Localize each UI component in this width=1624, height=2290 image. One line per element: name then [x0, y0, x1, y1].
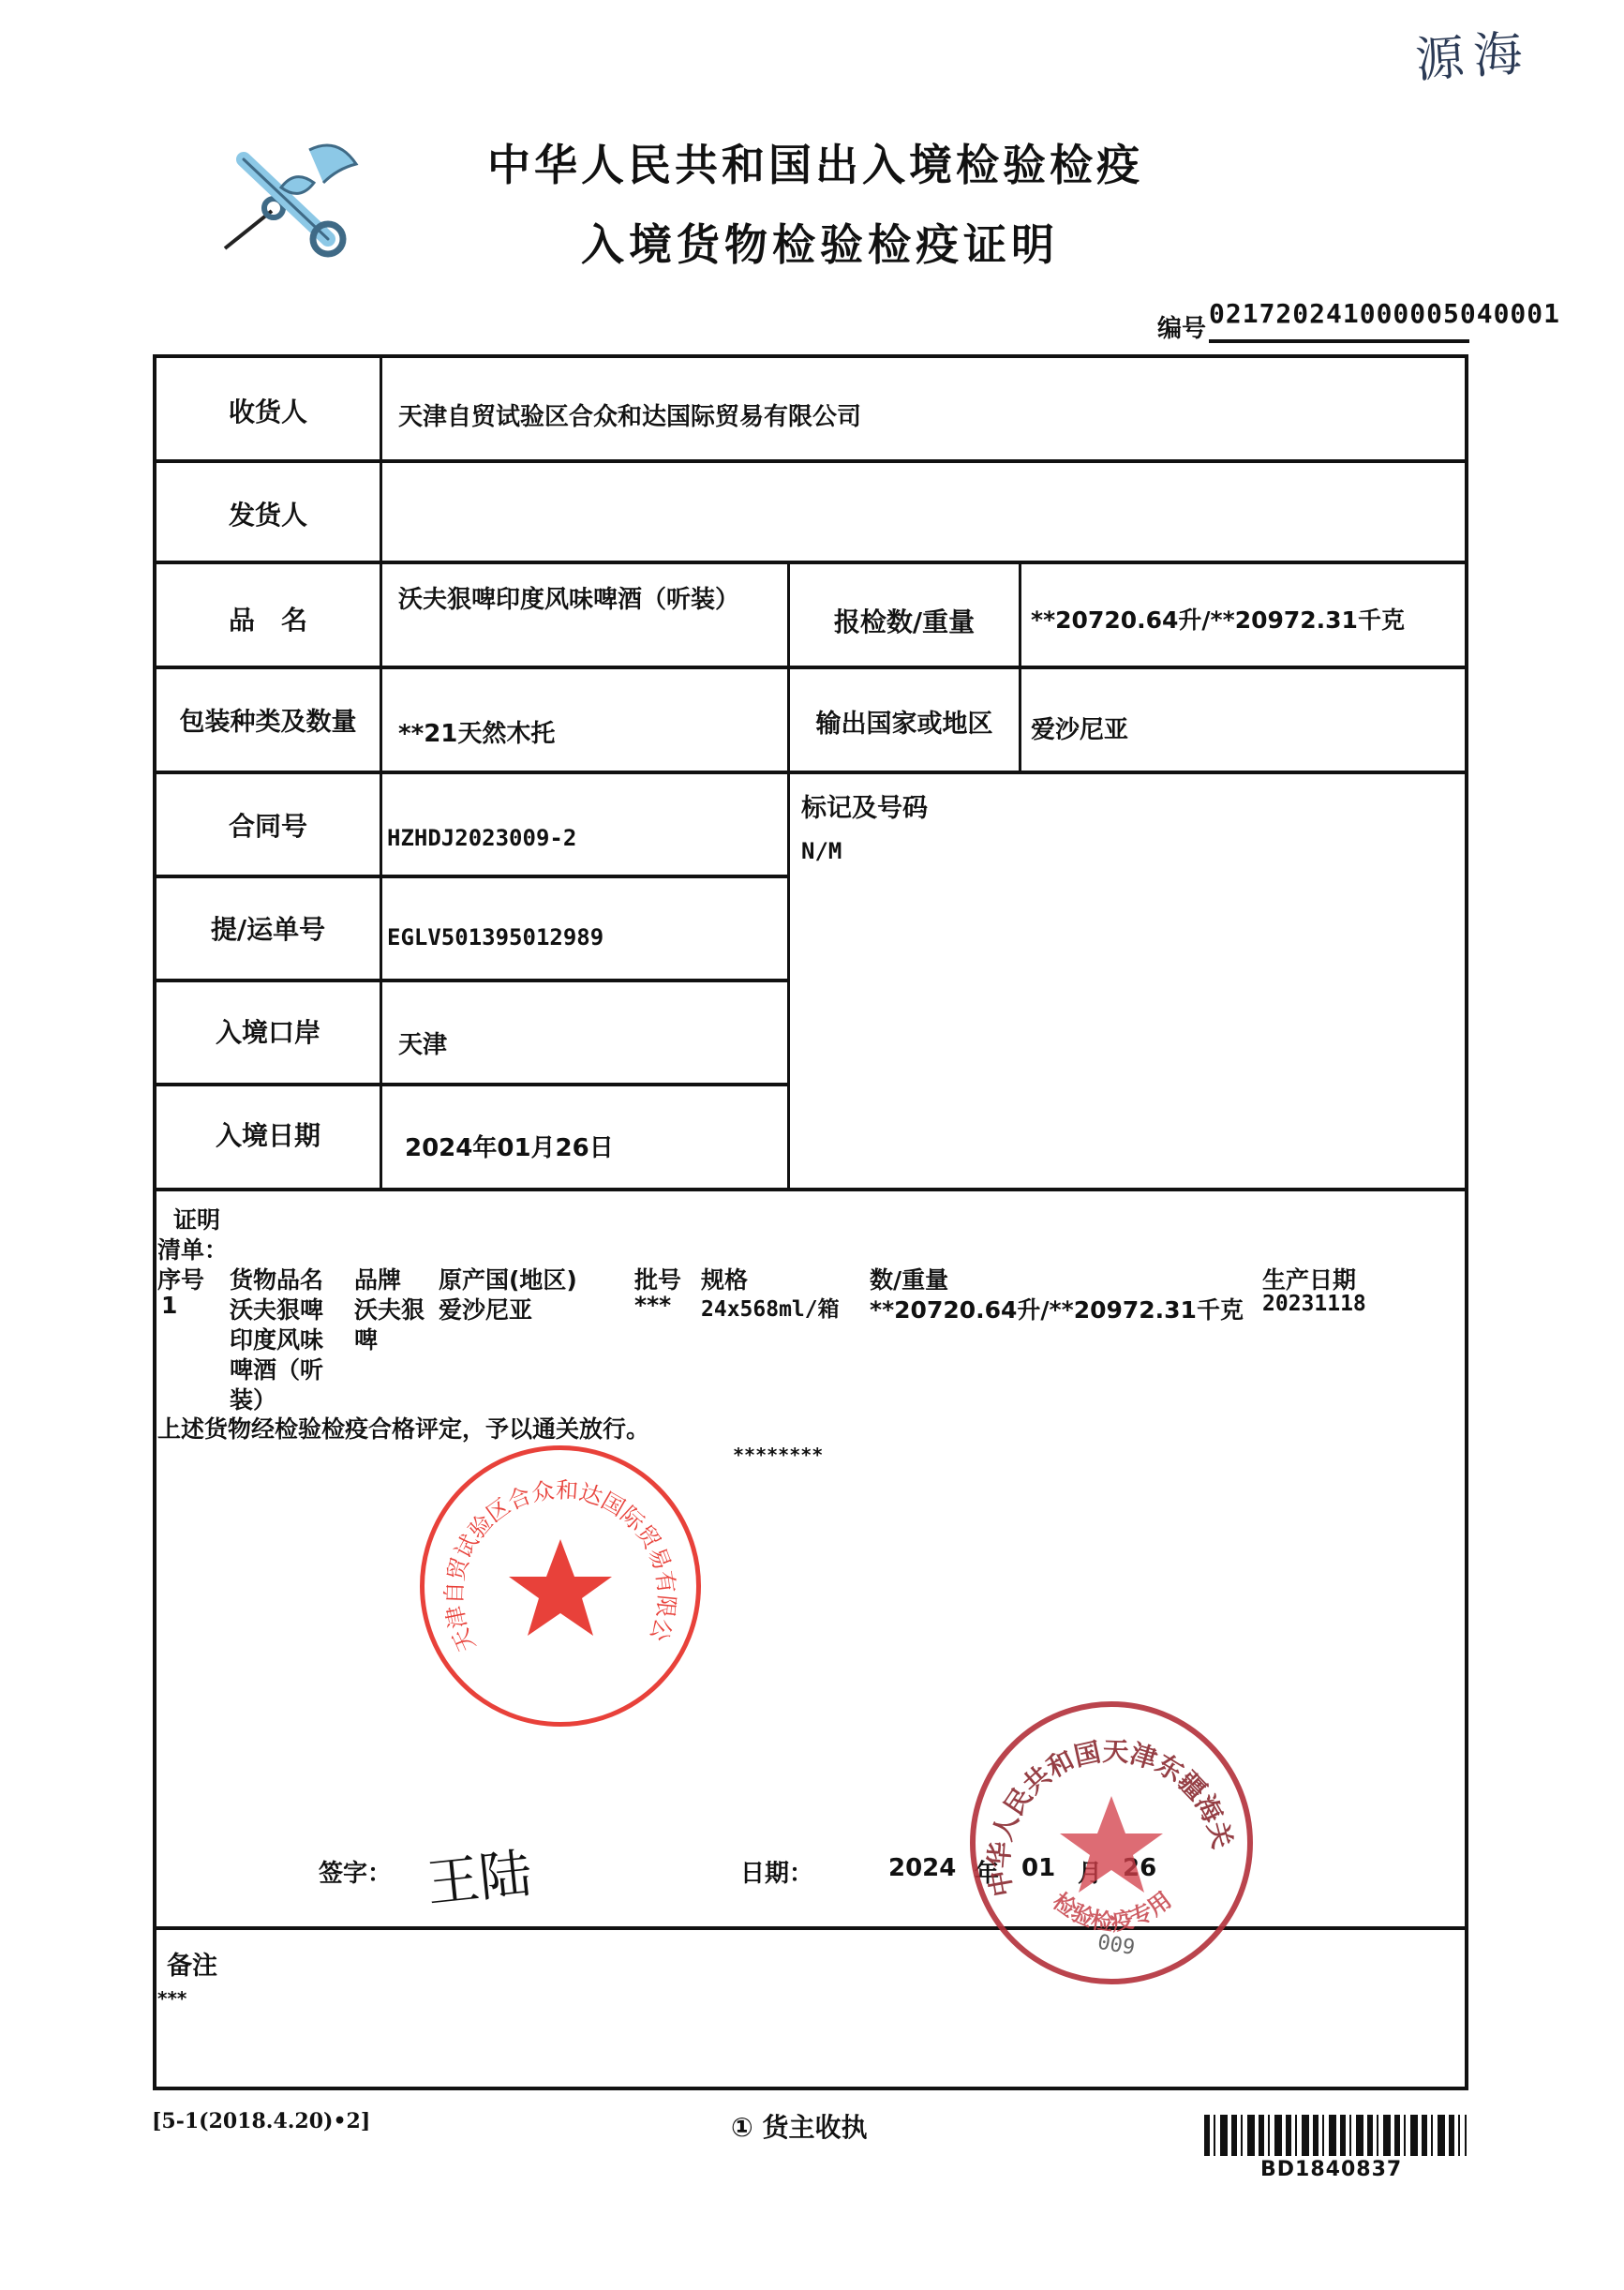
row-divider [153, 979, 790, 982]
row-origin: 爱沙尼亚 [439, 1292, 532, 1325]
row-no: 1 [161, 1292, 177, 1319]
row-brand: 沃夫狠 [354, 1292, 425, 1325]
certificate-column-header: 数/重量 [870, 1262, 948, 1295]
certificate-heading: 证明 [173, 1202, 220, 1235]
contract-no-label: 合同号 [156, 806, 380, 844]
row-divider [153, 1083, 790, 1086]
certificate-column-header: 生产日期 [1262, 1262, 1356, 1295]
row-divider [153, 666, 1468, 669]
handwritten-note: 源海 [1413, 13, 1534, 91]
origin-country-value: 爱沙尼亚 [1031, 711, 1128, 745]
svg-text:009: 009 [1095, 1931, 1136, 1961]
product-name-label: 品 名 [156, 600, 380, 637]
declared-quantity-value: **20720.64升/**20972.31千克 [1031, 602, 1405, 636]
certificate-column-header: 批号 [634, 1262, 681, 1295]
conclusion-text: 上述货物经检验检疫合格评定，予以通关放行。 [157, 1411, 649, 1444]
entry-port-label: 入境口岸 [156, 1012, 380, 1050]
serial-label: 编号 [1157, 309, 1206, 344]
packaging-label: 包装种类及数量 [156, 701, 380, 738]
consignee-label: 收货人 [156, 392, 380, 429]
signature: 王陆 [423, 1832, 535, 1917]
row-brand: 啤 [354, 1322, 378, 1355]
official-seal: 中华人民共和国天津东疆海关 检验检疫专用章 009 [970, 1701, 1253, 1984]
remarks-value: *** [157, 1987, 186, 2010]
copy-label: ① 货主收执 [731, 2107, 867, 2145]
serial-underline [1209, 339, 1469, 343]
certificate-column-header: 品牌 [354, 1262, 401, 1295]
row-production-date: 20231118 [1262, 1292, 1366, 1316]
barcode-text: BD1840837 [1260, 2158, 1402, 2181]
row-divider [153, 1188, 1468, 1191]
consignee-value: 天津自贸试验区合众和达国际贸易有限公司 [398, 397, 861, 432]
date-label: 日期： [740, 1854, 813, 1889]
customs-emblem-icon [206, 131, 365, 262]
entry-port-value: 天津 [398, 1025, 447, 1060]
row-divider [153, 1926, 1468, 1930]
row-goods-name: 印度风味 [230, 1322, 323, 1355]
column-divider [380, 354, 382, 1188]
svg-text:天津自贸试验区合众和达国际贸易有限公司: 天津自贸试验区合众和达国际贸易有限公司 [425, 1450, 680, 1656]
certificate-column-header: 规格 [701, 1262, 748, 1295]
certificate-column-header: 货物品名 [230, 1262, 323, 1295]
certificate-column-header: 序号 [157, 1262, 204, 1295]
serial-number: 021720241000005040001 [1209, 298, 1560, 329]
entry-date-label: 入境日期 [156, 1115, 380, 1153]
document-subtitle: 入境货物检验检疫证明 [581, 211, 1059, 273]
marks-value: N/M [801, 838, 842, 864]
declared-quantity-label: 报检数/重量 [790, 602, 1019, 639]
company-seal: 天津自贸试验区合众和达国际贸易有限公司 [420, 1445, 701, 1727]
sign-year: 2024 [888, 1854, 956, 1882]
remarks-label: 备注 [167, 1945, 217, 1982]
column-divider [1019, 561, 1021, 771]
origin-country-label: 输出国家或地区 [790, 703, 1019, 740]
bill-of-lading-value: EGLV501395012989 [387, 924, 603, 950]
column-divider [787, 561, 790, 1188]
certificate-column-header: 原产国(地区) [439, 1262, 577, 1295]
certificate-list-label: 清单： [157, 1232, 228, 1265]
consignor-label: 发货人 [156, 495, 380, 532]
contract-no-value: HZHDJ2023009-2 [387, 825, 576, 851]
row-divider [153, 561, 1468, 564]
row-spec: 24x568ml/箱 [701, 1292, 840, 1323]
row-quantity: **20720.64升/**20972.31千克 [870, 1292, 1244, 1325]
row-divider [153, 771, 1468, 774]
document-title: 中华人民共和国出入境检验检疫 [487, 131, 1143, 193]
entry-date-value: 2024年01月26日 [405, 1129, 614, 1163]
bill-of-lading-label: 提/运单号 [156, 909, 380, 947]
row-batch: *** [634, 1292, 671, 1319]
signature-label: 签字： [319, 1854, 392, 1889]
barcode [1204, 2115, 1467, 2156]
form-code: [5-1(2018.4.20)•2] [152, 2109, 370, 2133]
row-goods-name: 沃夫狠啤 [230, 1292, 323, 1325]
marks-label: 标记及号码 [801, 787, 928, 824]
packaging-value: **21天然木托 [398, 714, 555, 749]
row-divider [153, 875, 790, 878]
end-mark: ******** [733, 1444, 823, 1466]
product-name-value: 沃夫狠啤印度风味啤酒（听装） [398, 583, 773, 617]
row-goods-name: 啤酒（听 [230, 1352, 323, 1385]
row-divider [153, 459, 1468, 463]
